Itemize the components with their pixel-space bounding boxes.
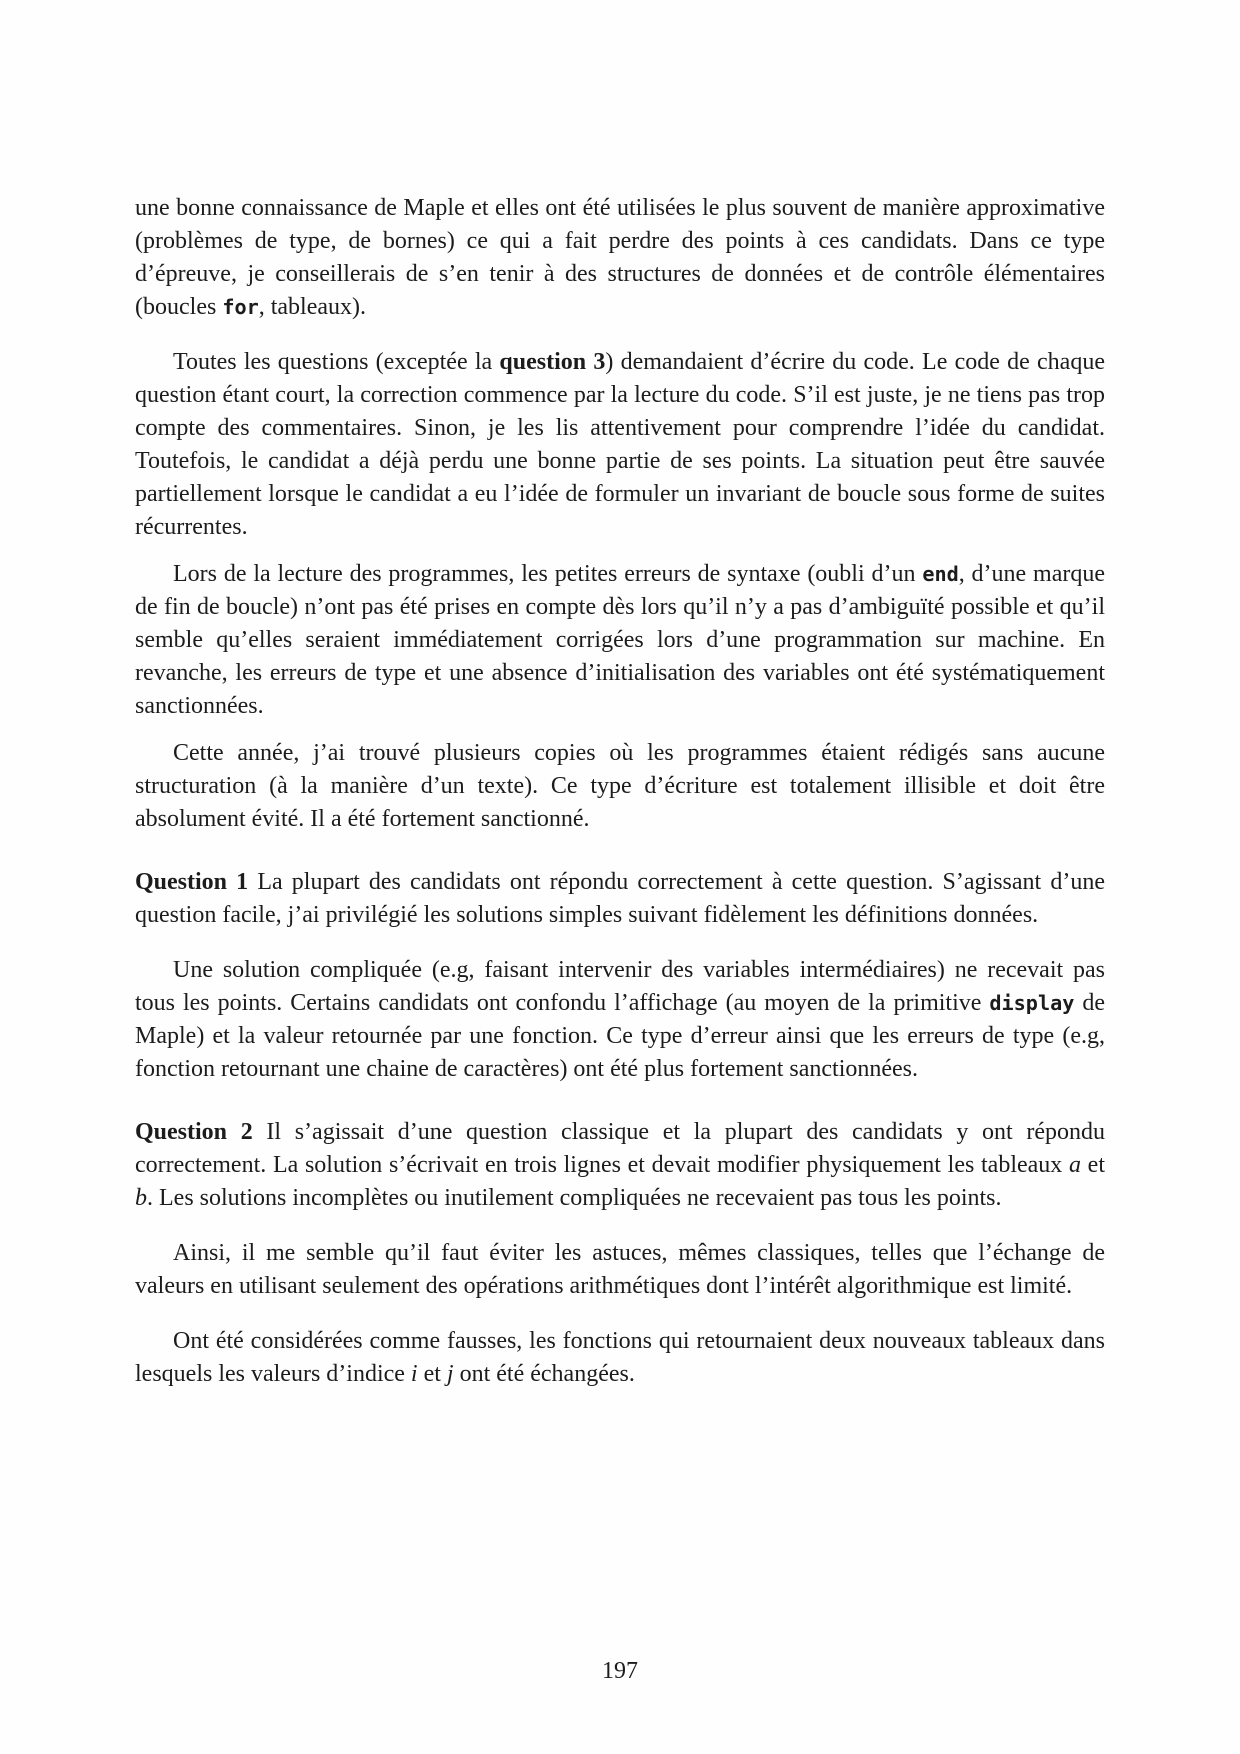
text-run: j	[447, 1361, 454, 1387]
text-run: , tableaux).	[259, 294, 366, 320]
paragraph-cette-annee: Cette année, j’ai trouvé plusieurs copie…	[135, 737, 1105, 836]
paragraph-question-1: Question 1 La plupart des candidats ont …	[135, 866, 1105, 932]
text-run: question 3	[499, 349, 605, 375]
code-inline: end	[922, 562, 958, 586]
text-run: Il s’agissait d’une question classique e…	[135, 1119, 1105, 1178]
paragraph-ainsi: Ainsi, il me semble qu’il faut éviter le…	[135, 1237, 1105, 1303]
text-run: . Les solutions incomplètes ou inutileme…	[147, 1185, 1002, 1211]
page-number: 197	[0, 1658, 1240, 1685]
paragraph-lecture-des-programmes: Lors de la lecture des programmes, les p…	[135, 558, 1105, 723]
code-inline: display	[989, 991, 1074, 1015]
text-run: Toutes les questions (exceptée la	[173, 349, 499, 375]
text-run: Question 1	[135, 869, 248, 895]
text-run: Question 2	[135, 1119, 253, 1145]
text-run: et	[1081, 1152, 1105, 1178]
paragraph-question-2: Question 2 Il s’agissait d’une question …	[135, 1116, 1105, 1215]
text-run: Lors de la lecture des programmes, les p…	[173, 561, 922, 587]
text-run: La plupart des candidats ont répondu cor…	[135, 869, 1105, 928]
paragraph-une-solution-compliquee: Une solution compliquée (e.g, faisant in…	[135, 954, 1105, 1086]
text-run: b	[135, 1185, 147, 1211]
text-run: a	[1069, 1152, 1081, 1178]
text-run: Une solution compliquée (e.g, faisant in…	[135, 957, 1105, 1016]
text-run: et	[418, 1361, 447, 1387]
text-run: ) demandaient d’écrire du code. Le code …	[135, 349, 1105, 540]
paragraph-ont-ete-considerees: Ont été considérées comme fausses, les f…	[135, 1325, 1105, 1391]
paragraph-intro-continuation: une bonne connaissance de Maple et elles…	[135, 192, 1105, 324]
paragraph-toutes-les-questions: Toutes les questions (exceptée la questi…	[135, 346, 1105, 544]
code-inline: for	[222, 295, 258, 319]
document-paragraphs: une bonne connaissance de Maple et elles…	[135, 192, 1105, 1391]
text-run: ont été échangées.	[454, 1361, 635, 1387]
text-run: i	[411, 1361, 418, 1387]
text-run: Ainsi, il me semble qu’il faut éviter le…	[135, 1240, 1105, 1299]
document-page: une bonne connaissance de Maple et elles…	[0, 0, 1240, 1754]
text-run: Cette année, j’ai trouvé plusieurs copie…	[135, 740, 1105, 832]
